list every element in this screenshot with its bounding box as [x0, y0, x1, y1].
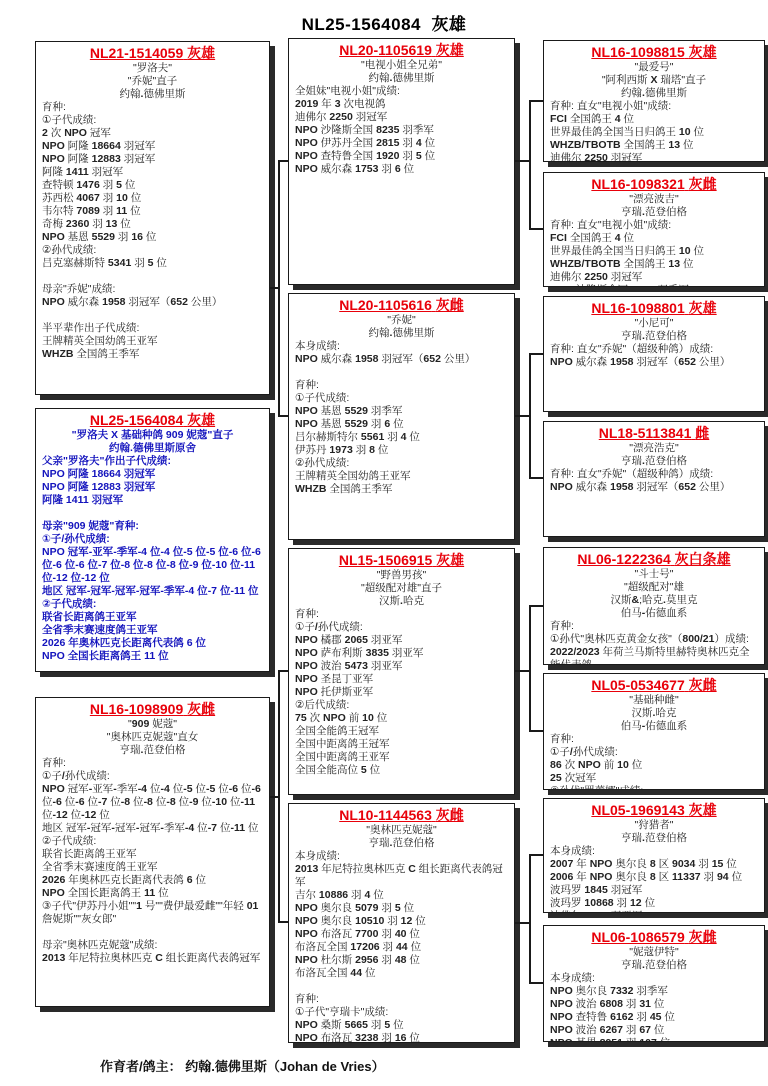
achievements: 育种: 直女"电视小姐"成绩: FCI 全国鸽王 4 位 世界最佳鸽全国当日归鸽… [550, 100, 758, 162]
bird-names: "罗洛夫 X 基础种鸽 909 妮蔻"直子 约翰.德佛里斯原舍 [42, 429, 263, 455]
pedigree-box-sire-sire: NL20-1105619 灰雄 "电视小姐全兄弟" 约翰.德佛里斯 全姐妹"电视… [288, 38, 515, 285]
pedigree-connector [529, 854, 531, 984]
sex-label: 灰雌 [689, 929, 717, 945]
achievements: 育种: ①子/孙代成绩: NPO 冠军-亚军-季军-4 位-4 位-5 位-5 … [42, 757, 263, 965]
bird-names: "妮蔻伊特" 亨瑞.范登伯格 [550, 946, 758, 972]
breeder-credit: 作育者/鸽主： 约翰.德佛里斯（Johan de Vries） [100, 1056, 385, 1075]
pedigree-box-sire-dam: NL20-1105616 灰雌 "乔妮" 约翰.德佛里斯 本身成绩: NPO 威… [288, 293, 515, 540]
ring-number: NL06-1086579 灰雌 [550, 929, 758, 946]
pedigree-connector [529, 982, 543, 984]
ring-number: NL21-1514059 灰雄 [42, 45, 263, 62]
sex-label: 灰雄 [689, 802, 717, 818]
ring: NL18-5113841 [599, 425, 692, 441]
achievements: 本身成绩: 2007 年 NPO 奥尔良 8 区 9034 羽 15 位 200… [550, 845, 758, 913]
ring: NL15-1506915 [339, 552, 432, 568]
bird-names: "狩猎者" 亨瑞.范登伯格 [550, 819, 758, 845]
ring-number: NL16-1098909 灰雌 [42, 701, 263, 718]
sex-label: 灰雄 [187, 45, 215, 61]
ring: NL25-1564084 [90, 412, 183, 428]
bird-names: "奥林匹克妮蔻" 亨瑞.范登伯格 [295, 824, 508, 850]
pedigree-connector [529, 353, 531, 479]
pedigree-box-ggp-5: NL06-1222364 灰白条雄 "斗士号" "超级配对"雄 汉斯&;哈克.莫… [543, 547, 765, 665]
bird-names: "漂亮波吉" 亨瑞.范登伯格 [550, 193, 758, 219]
achievements: 全姐妹"电视小姐"成绩: 2019 年 3 次电视鸽 迪佛尔 2250 羽冠军 … [295, 85, 508, 176]
pedigree-box-subject: NL25-1564084 灰雄 "罗洛夫 X 基础种鸽 909 妮蔻"直子 约翰… [35, 408, 270, 672]
pedigree-connector [278, 160, 288, 162]
ring: NL20-1105619 [339, 42, 432, 58]
pedigree-connector [278, 160, 280, 417]
sex-label: 灰雌 [436, 297, 464, 313]
sex-label: 灰雄 [436, 42, 464, 58]
ring: NL05-0534677 [591, 677, 684, 693]
pedigree-connector [270, 796, 278, 798]
bird-names: "电视小姐全兄弟" 约翰.德佛里斯 [295, 59, 508, 85]
ring-number: NL20-1105616 灰雌 [295, 297, 508, 314]
bird-names: "基础种雌" 汉斯.哈克 伯马-佑德血系 [550, 694, 758, 733]
pedigree-connector [270, 287, 278, 289]
sex-label: 灰雄 [436, 552, 464, 568]
sex-label: 灰白条雄 [675, 551, 731, 567]
ring-number: NL16-1098321 灰雌 [550, 176, 758, 193]
pedigree-connector [278, 670, 288, 672]
bird-names: "罗洛夫" "乔妮"直子 约翰.德佛里斯 [42, 62, 263, 101]
pedigree-box-ggp-3: NL16-1098801 灰雄 "小尼可" 亨瑞.范登伯格 育种: 直女"乔妮"… [543, 296, 765, 412]
ring: NL16-1098321 [591, 176, 684, 192]
pedigree-box-ggp-2: NL16-1098321 灰雌 "漂亮波吉" 亨瑞.范登伯格 育种: 直女"电视… [543, 172, 765, 287]
ring-number: NL05-0534677 灰雌 [550, 677, 758, 694]
page-title: NL25-1564084 灰雄 [0, 10, 768, 35]
ring-number: NL15-1506915 灰雄 [295, 552, 508, 569]
pedigree-connector [515, 670, 529, 672]
ring-number: NL06-1222364 灰白条雄 [550, 551, 758, 568]
ring-number: NL10-1144563 灰雌 [295, 807, 508, 824]
ring-number: NL16-1098815 灰雄 [550, 44, 758, 61]
pedigree-connector [529, 854, 543, 856]
achievements: 育种: 直女"乔妮"（超级种鸽）成绩: NPO 威尔森 1958 羽冠军（652… [550, 343, 758, 369]
pedigree-connector [529, 353, 543, 355]
pedigree-box-dam: NL16-1098909 灰雌 "909 妮蔻" "奥林匹克妮蔻"直女 亨瑞.范… [35, 697, 270, 1007]
bird-names: "最爱号" "阿利西斯 X 瑞塔"直子 约翰.德佛里斯 [550, 61, 758, 100]
ring: NL06-1086579 [591, 929, 684, 945]
achievements: 育种: ①孙代"奥林匹克黄金女孩"（800/21）成绩: 2022/2023 年… [550, 620, 758, 665]
ring: NL10-1144563 [339, 807, 432, 823]
pedigree-connector [529, 228, 543, 230]
pedigree-connector [529, 605, 543, 607]
pedigree-connector [529, 100, 531, 230]
achievements: 本身成绩: NPO 奥尔良 7332 羽季军 NPO 波治 6808 羽 31 … [550, 972, 758, 1042]
ring: NL06-1222364 [577, 551, 670, 567]
page-title-ring: NL25-1564084 [302, 15, 421, 34]
sex-label: 灰雌 [689, 176, 717, 192]
pedigree-connector [529, 730, 543, 732]
ring: NL16-1098801 [591, 300, 684, 316]
sex-label: 灰雌 [436, 807, 464, 823]
achievements: 本身成绩: 2013 年尼特拉奥林匹克 C 组长距离代表鸽冠军 吉尔 10886… [295, 850, 508, 1043]
ring: NL16-1098815 [591, 44, 684, 60]
pedigree-connector [529, 605, 531, 732]
bird-names: "909 妮蔻" "奥林匹克妮蔻"直女 亨瑞.范登伯格 [42, 718, 263, 757]
bird-names: "斗士号" "超级配对"雄 汉斯&;哈克.莫里克 伯马-佑德血系 [550, 568, 758, 620]
achievements: 父亲"罗洛夫"作出子代成绩: NPO 阿隆 18664 羽冠军 NPO 阿隆 1… [42, 455, 263, 663]
sex-label: 灰雄 [187, 412, 215, 428]
bird-names: "漂亮浩克" 亨瑞.范登伯格 [550, 442, 758, 468]
pedigree-connector [278, 415, 288, 417]
pedigree-box-ggp-4: NL18-5113841 雌 "漂亮浩克" 亨瑞.范登伯格 育种: 直女"乔妮"… [543, 421, 765, 537]
bird-names: "野兽男孩" "超级配对雄"直子 汉斯.哈克 [295, 569, 508, 608]
sex-label: 灰雌 [187, 701, 215, 717]
pedigree-connector [529, 100, 543, 102]
pedigree-connector [515, 160, 529, 162]
achievements: 本身成绩: NPO 威尔森 1958 羽冠军（652 公里） 育种: ①子代成绩… [295, 340, 508, 496]
sex-label: 灰雄 [689, 300, 717, 316]
sex-label: 灰雄 [689, 44, 717, 60]
pedigree-box-ggp-1: NL16-1098815 灰雄 "最爱号" "阿利西斯 X 瑞塔"直子 约翰.德… [543, 40, 765, 162]
pedigree-connector [278, 670, 280, 923]
pedigree-connector [278, 921, 288, 923]
achievements: 育种: ①子代成绩: 2 次 NPO 冠军 NPO 阿隆 18664 羽冠军 N… [42, 101, 263, 361]
pedigree-box-ggp-6: NL05-0534677 灰雌 "基础种雌" 汉斯.哈克 伯马-佑德血系 育种:… [543, 673, 765, 790]
achievements: 育种: ①子/孙代成绩: 86 次 NPO 前 10 位 25 次冠军 ②孙代"… [550, 733, 758, 790]
pedigree-box-dam-dam: NL10-1144563 灰雌 "奥林匹克妮蔻" 亨瑞.范登伯格 本身成绩: 2… [288, 803, 515, 1043]
ring: NL20-1105616 [339, 297, 432, 313]
ring-number: NL18-5113841 雌 [550, 425, 758, 442]
pedigree-connector [515, 922, 529, 924]
achievements: 育种: 直女"电视小姐"成绩: FCI 全国鸽王 4 位 世界最佳鸽全国当日归鸽… [550, 219, 758, 287]
pedigree-connector [529, 477, 543, 479]
ring: NL05-1969143 [591, 802, 684, 818]
pedigree-box-ggp-7: NL05-1969143 灰雄 "狩猎者" 亨瑞.范登伯格 本身成绩: 2007… [543, 798, 765, 913]
pedigree-box-sire: NL21-1514059 灰雄 "罗洛夫" "乔妮"直子 约翰.德佛里斯 育种:… [35, 41, 270, 395]
pedigree-connector [515, 415, 529, 417]
ring-number: NL20-1105619 灰雄 [295, 42, 508, 59]
page-title-sex: 灰雄 [431, 15, 466, 34]
sex-label: 灰雌 [689, 677, 717, 693]
ring-number: NL16-1098801 灰雄 [550, 300, 758, 317]
ring-number: NL25-1564084 灰雄 [42, 412, 263, 429]
achievements: 育种: ①子/孙代成绩: NPO 橘郡 2065 羽亚军 NPO 萨布利斯 38… [295, 608, 508, 777]
ring-number: NL05-1969143 灰雄 [550, 802, 758, 819]
pedigree-box-dam-sire: NL15-1506915 灰雄 "野兽男孩" "超级配对雄"直子 汉斯.哈克 育… [288, 548, 515, 795]
bird-names: "乔妮" 约翰.德佛里斯 [295, 314, 508, 340]
pedigree-box-ggp-8: NL06-1086579 灰雌 "妮蔻伊特" 亨瑞.范登伯格 本身成绩: NPO… [543, 925, 765, 1042]
achievements: 育种: 直女"乔妮"（超级种鸽）成绩: NPO 威尔森 1958 羽冠军（652… [550, 468, 758, 494]
sex-label: 雌 [695, 425, 709, 441]
bird-names: "小尼可" 亨瑞.范登伯格 [550, 317, 758, 343]
ring: NL21-1514059 [90, 45, 183, 61]
ring: NL16-1098909 [90, 701, 183, 717]
